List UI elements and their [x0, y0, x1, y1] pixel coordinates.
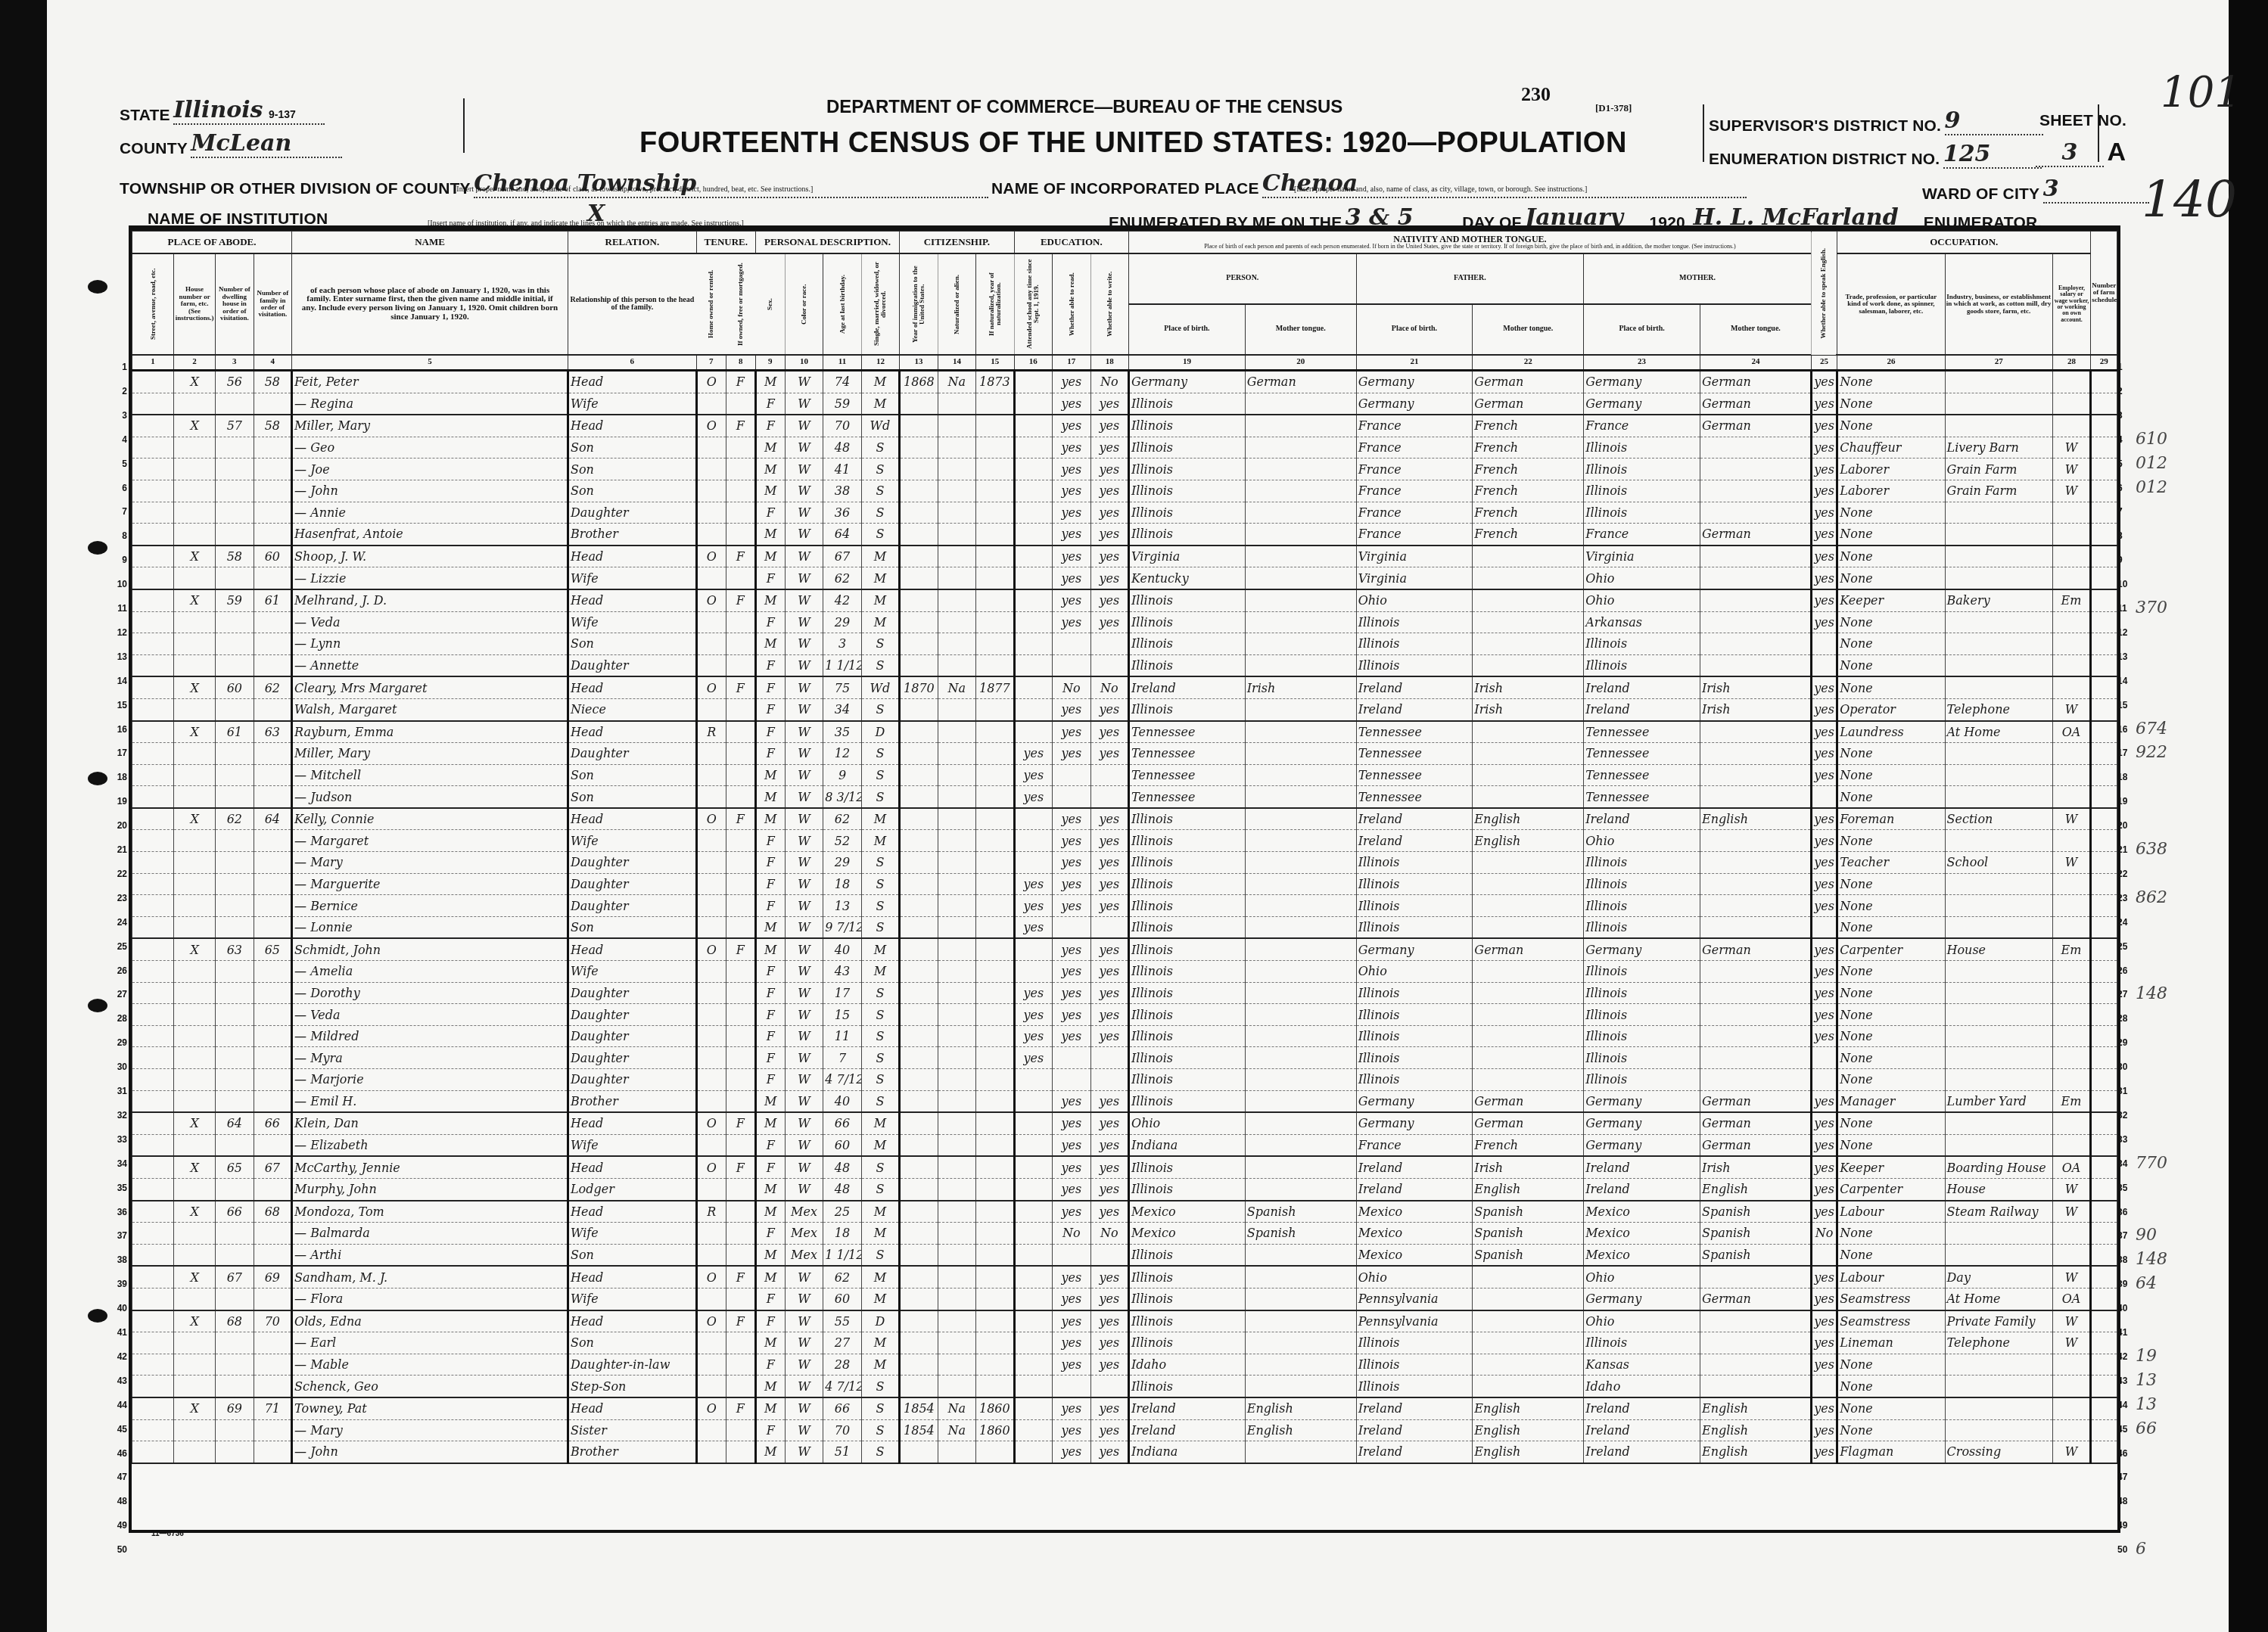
cell-own: O [696, 589, 726, 611]
cell-imm [900, 1332, 938, 1354]
table-row: X5860Shoop, J. W.HeadOFMW67MyesyesVirgin… [132, 546, 2117, 567]
cell-f-tongue [1473, 1069, 1584, 1091]
cell-pob: Illinois [1129, 393, 1246, 415]
cell-trade: None [1837, 1419, 1945, 1441]
cell-farm [2091, 1419, 2117, 1441]
cell-m-tongue [1700, 437, 1811, 459]
cell-nat [938, 808, 975, 830]
cell-m-pob: Illinois [1584, 895, 1700, 917]
line-number-right: 43 [2117, 1376, 2127, 1386]
cell-age: 35 [823, 721, 861, 743]
incorporated-place-value: Chenoa [1262, 170, 1747, 198]
cell-sex: M [755, 459, 785, 480]
cell-class [2052, 743, 2091, 765]
cell-name: Sandham, M. J. [292, 1266, 568, 1288]
cell-trade: Labour [1837, 1266, 1945, 1288]
cell-tongue [1245, 852, 1356, 874]
cell-english: yes [1811, 961, 1837, 983]
cell-marital: M [861, 830, 899, 852]
cell-farm [2091, 567, 2117, 589]
cell-nat [938, 961, 975, 983]
cell-industry [1945, 1069, 2052, 1091]
cell-relation: Son [568, 1332, 696, 1354]
cell-read: yes [1053, 1441, 1090, 1463]
cell-industry [1945, 873, 2052, 895]
cell-tongue [1245, 654, 1356, 676]
cell-natyr [976, 982, 1015, 1004]
cell-m-tongue: English [1700, 1441, 1811, 1463]
occupation-code: 90 [2136, 1226, 2157, 1245]
cell-m-tongue: German [1700, 1288, 1811, 1310]
cell-free [726, 393, 755, 415]
incorporated-place-field: NAME OF INCORPORATED PLACE Chenoa [991, 170, 1747, 198]
cell-street [132, 1288, 174, 1310]
cell-sex: F [755, 895, 785, 917]
cell-sex: F [755, 721, 785, 743]
table-row: X6062Cleary, Mrs MargaretHeadOFFW75Wd187… [132, 676, 2117, 698]
cell-race: W [785, 852, 823, 874]
cell-f-tongue: English [1473, 808, 1584, 830]
cell-m-tongue: Irish [1700, 698, 1811, 720]
cell-farm [2091, 1090, 2117, 1112]
cell-write: yes [1090, 698, 1128, 720]
cell-nat: Na [938, 1419, 975, 1441]
cell-read: yes [1053, 1397, 1090, 1419]
cell-m-tongue [1700, 480, 1811, 502]
cell-industry [1945, 1397, 2052, 1419]
cell-own [696, 1441, 726, 1463]
cell-trade: Carpenter [1837, 1178, 1945, 1200]
cell-pob: Illinois [1129, 852, 1246, 874]
line-number-right: 8 [2117, 530, 2123, 541]
cell-marital: M [861, 546, 899, 567]
cell-industry: Livery Barn [1945, 437, 2052, 459]
cell-nat [938, 895, 975, 917]
cell-own [696, 654, 726, 676]
cell-natyr [976, 1332, 1015, 1354]
cell-house: X [174, 676, 216, 698]
cell-street [132, 676, 174, 698]
cell-m-tongue: English [1700, 808, 1811, 830]
cell-race: W [785, 1288, 823, 1310]
cell-farm [2091, 1441, 2117, 1463]
occupation-code: 012 [2136, 454, 2167, 473]
cell-imm [900, 437, 938, 459]
cell-street [132, 764, 174, 786]
cell-f-tongue [1473, 1047, 1584, 1069]
cell-family [254, 1069, 292, 1091]
cell-school [1014, 393, 1052, 415]
cell-f-tongue: German [1473, 938, 1584, 960]
cell-m-tongue [1700, 1047, 1811, 1069]
cell-race: W [785, 743, 823, 765]
cell-age: 41 [823, 459, 861, 480]
cell-free [726, 524, 755, 546]
cell-own [696, 1244, 726, 1266]
line-number-left: 3 [112, 410, 127, 421]
cell-natyr [976, 743, 1015, 765]
cell-f-pob: Illinois [1356, 1354, 1473, 1376]
cell-m-tongue: Irish [1700, 1156, 1811, 1178]
cell-m-tongue [1700, 611, 1811, 633]
cell-read: No [1053, 1223, 1090, 1245]
column-number: 25 [1811, 355, 1837, 371]
cell-dwelling [216, 873, 254, 895]
cell-natyr [976, 480, 1015, 502]
cell-street [132, 524, 174, 546]
cell-f-pob: Mexico [1356, 1244, 1473, 1266]
cell-sex: F [755, 1288, 785, 1310]
cell-f-tongue: English [1473, 830, 1584, 852]
cell-industry: Private Family [1945, 1310, 2052, 1332]
cell-house: X [174, 1156, 216, 1178]
cell-school [1014, 502, 1052, 524]
cell-read: yes [1053, 1288, 1090, 1310]
cell-nat [938, 830, 975, 852]
cell-family: 69 [254, 1266, 292, 1288]
cell-write: yes [1090, 873, 1128, 895]
cell-school [1014, 1441, 1052, 1463]
cell-pob: Illinois [1129, 1069, 1246, 1091]
enumeration-district-value: 125 [1943, 141, 2042, 169]
cell-read: yes [1053, 1310, 1090, 1332]
cell-class [2052, 633, 2091, 655]
cell-trade: Lineman [1837, 1332, 1945, 1354]
cell-class: W [2052, 480, 2091, 502]
cell-trade: Carpenter [1837, 938, 1945, 960]
cell-natyr [976, 698, 1015, 720]
cell-house: X [174, 415, 216, 437]
cell-f-tongue [1473, 743, 1584, 765]
line-number-right: 44 [2117, 1400, 2127, 1410]
cell-name: — Mable [292, 1354, 568, 1376]
cell-f-tongue [1473, 1004, 1584, 1026]
cell-age: 28 [823, 1354, 861, 1376]
cell-f-pob: Illinois [1356, 982, 1473, 1004]
cell-nat [938, 1288, 975, 1310]
cell-natyr [976, 873, 1015, 895]
cell-english: yes [1811, 1266, 1837, 1288]
cell-street [132, 1441, 174, 1463]
cell-street [132, 830, 174, 852]
cell-free [726, 437, 755, 459]
cell-sex: F [755, 1134, 785, 1156]
col-26-header: Trade, profession, or particular kind of… [1837, 253, 1945, 355]
cell-marital: M [861, 1223, 899, 1245]
cell-race: W [785, 502, 823, 524]
line-number-left: 35 [112, 1183, 127, 1193]
cell-nat [938, 437, 975, 459]
table-row: — BalmardaWifeFMex18MNoNoMexicoSpanishMe… [132, 1223, 2117, 1245]
group-education: EDUCATION. [1014, 232, 1128, 254]
table-row: — MitchellSonMW9SyesTennesseeTennesseeTe… [132, 764, 2117, 786]
cell-write: yes [1090, 480, 1128, 502]
cell-family [254, 1244, 292, 1266]
cell-f-tongue: German [1473, 1112, 1584, 1134]
cell-farm [2091, 415, 2117, 437]
line-number-right: 25 [2117, 941, 2127, 952]
cell-marital: S [861, 480, 899, 502]
cell-english: yes [1811, 480, 1837, 502]
cell-trade: None [1837, 393, 1945, 415]
cell-trade: None [1837, 502, 1945, 524]
cell-dwelling: 65 [216, 1156, 254, 1178]
cell-m-tongue [1700, 633, 1811, 655]
cell-free [726, 764, 755, 786]
cell-pob: Indiana [1129, 1441, 1246, 1463]
cell-school [1014, 1397, 1052, 1419]
cell-sex: F [755, 961, 785, 983]
cell-industry [1945, 895, 2052, 917]
cell-tongue [1245, 1354, 1356, 1376]
cell-relation: Daughter [568, 1025, 696, 1047]
cell-industry: Steam Railway [1945, 1201, 2052, 1223]
cell-f-tongue: English [1473, 1178, 1584, 1200]
cell-m-pob: Ohio [1584, 1266, 1700, 1288]
cell-dwelling [216, 743, 254, 765]
cell-street [132, 1201, 174, 1223]
line-number-right: 26 [2117, 965, 2127, 976]
cell-m-pob: Illinois [1584, 437, 1700, 459]
cell-tongue [1245, 1288, 1356, 1310]
cell-relation: Head [568, 721, 696, 743]
cell-write: yes [1090, 1090, 1128, 1112]
cell-house [174, 502, 216, 524]
cell-f-pob: Illinois [1356, 895, 1473, 917]
cell-house: X [174, 546, 216, 567]
cell-street [132, 459, 174, 480]
cell-pob: Illinois [1129, 938, 1246, 960]
cell-trade: None [1837, 1025, 1945, 1047]
cell-imm [900, 1134, 938, 1156]
cell-nat [938, 1025, 975, 1047]
cell-m-pob: Ireland [1584, 1419, 1700, 1441]
cell-nat [938, 1112, 975, 1134]
line-number-left: 16 [112, 724, 127, 735]
cell-sex: M [755, 786, 785, 808]
cell-free [726, 1004, 755, 1026]
cell-dwelling [216, 502, 254, 524]
cell-english: yes [1811, 1332, 1837, 1354]
ward-value: 3 [2043, 176, 2149, 204]
cell-own [696, 1178, 726, 1200]
col-16-header: Attended school any time since Sept. 1, … [1014, 253, 1052, 355]
cell-class [2052, 1419, 2091, 1441]
group-relation: RELATION. [568, 232, 696, 254]
cell-write: yes [1090, 1288, 1128, 1310]
cell-family: 66 [254, 1112, 292, 1134]
cell-farm [2091, 916, 2117, 938]
cell-m-pob: Ireland [1584, 1156, 1700, 1178]
cell-f-pob: Illinois [1356, 654, 1473, 676]
col-24-header: Mother tongue. [1700, 304, 1811, 355]
cell-name: Schenck, Geo [292, 1376, 568, 1397]
cell-class [2052, 1354, 2091, 1376]
cell-industry [1945, 611, 2052, 633]
cell-tongue [1245, 546, 1356, 567]
cell-class [2052, 982, 2091, 1004]
table-row: X6769Sandham, M. J.HeadOFMW62MyesyesIlli… [132, 1266, 2117, 1288]
cell-tongue [1245, 1332, 1356, 1354]
cell-imm [900, 1090, 938, 1112]
line-number-left: 15 [112, 700, 127, 710]
cell-own [696, 393, 726, 415]
cell-class: OA [2052, 1288, 2091, 1310]
cell-own: O [696, 938, 726, 960]
cell-tongue [1245, 1090, 1356, 1112]
cell-m-pob: Illinois [1584, 1069, 1700, 1091]
cell-pob: Illinois [1129, 1310, 1246, 1332]
cell-f-tongue [1473, 961, 1584, 983]
table-row: — ArthiSonMMex1 1/12SIllinoisMexicoSpani… [132, 1244, 2117, 1266]
cell-dwelling [216, 1134, 254, 1156]
cell-tongue [1245, 1069, 1356, 1091]
cell-tongue [1245, 1441, 1356, 1463]
table-row: X5658Feit, PeterHeadOFMW74M1868Na1873yes… [132, 371, 2117, 393]
cell-tongue [1245, 1156, 1356, 1178]
cell-m-tongue [1700, 567, 1811, 589]
cell-marital: S [861, 633, 899, 655]
cell-farm [2091, 1223, 2117, 1245]
cell-dwelling: 69 [216, 1397, 254, 1419]
cell-age: 51 [823, 1441, 861, 1463]
punch-hole [88, 1309, 107, 1323]
cell-f-pob: France [1356, 415, 1473, 437]
cell-f-pob: Ohio [1356, 1266, 1473, 1288]
cell-natyr [976, 1090, 1015, 1112]
group-name: NAME [292, 232, 568, 254]
cell-free [726, 982, 755, 1004]
cell-natyr [976, 1178, 1015, 1200]
cell-imm [900, 938, 938, 960]
cell-class: W [2052, 852, 2091, 874]
cell-class [2052, 415, 2091, 437]
cell-industry [1945, 786, 2052, 808]
cell-f-pob: Germany [1356, 1112, 1473, 1134]
cell-race: W [785, 1310, 823, 1332]
cell-natyr [976, 415, 1015, 437]
cell-family [254, 1354, 292, 1376]
cell-tongue [1245, 743, 1356, 765]
cell-relation: Son [568, 786, 696, 808]
cell-marital: M [861, 1354, 899, 1376]
cell-tongue [1245, 830, 1356, 852]
cell-family [254, 459, 292, 480]
cell-write: yes [1090, 459, 1128, 480]
cell-write: yes [1090, 524, 1128, 546]
line-number-right: 12 [2117, 627, 2127, 638]
col-8-header: If owned, free or mortgaged. [726, 253, 755, 355]
cell-farm [2091, 808, 2117, 830]
cell-age: 8 3/12 [823, 786, 861, 808]
cell-name: — Annie [292, 502, 568, 524]
cell-natyr [976, 1288, 1015, 1310]
cell-relation: Head [568, 1266, 696, 1288]
cell-f-pob: Tennessee [1356, 721, 1473, 743]
cell-name: Towney, Pat [292, 1397, 568, 1419]
cell-read: yes [1053, 1156, 1090, 1178]
column-number: 24 [1700, 355, 1811, 371]
cell-free: F [726, 1266, 755, 1288]
table-row: — MarjorieDaughterFW4 7/12SIllinoisIllin… [132, 1069, 2117, 1091]
cell-street [132, 808, 174, 830]
cell-industry [1945, 743, 2052, 765]
cell-f-pob: Virginia [1356, 567, 1473, 589]
cell-house: X [174, 1201, 216, 1223]
cell-f-tongue: French [1473, 502, 1584, 524]
cell-trade: Operator [1837, 698, 1945, 720]
cell-trade: Teacher [1837, 852, 1945, 874]
cell-class [2052, 1223, 2091, 1245]
cell-house [174, 1069, 216, 1091]
cell-english: yes [1811, 982, 1837, 1004]
cell-sex: F [755, 698, 785, 720]
line-number-left: 40 [112, 1303, 127, 1313]
table-row: X6466Klein, DanHeadOFMW66MyesyesOhioGerm… [132, 1112, 2117, 1134]
cell-f-tongue: French [1473, 437, 1584, 459]
cell-write [1090, 916, 1128, 938]
cell-industry [1945, 567, 2052, 589]
department-title: DEPARTMENT OF COMMERCE—BUREAU OF THE CEN… [826, 97, 1342, 118]
cell-industry: Boarding House [1945, 1156, 2052, 1178]
cell-class [2052, 916, 2091, 938]
cell-family [254, 764, 292, 786]
cell-industry: Day [1945, 1266, 2052, 1288]
cell-trade: None [1837, 1112, 1945, 1134]
table-row: X6870Olds, EdnaHeadOFFW55DyesyesIllinois… [132, 1310, 2117, 1332]
cell-pob: Illinois [1129, 1178, 1246, 1200]
line-number-left: 11 [112, 603, 127, 614]
cell-nat [938, 1310, 975, 1332]
cell-school [1014, 852, 1052, 874]
cell-free [726, 1419, 755, 1441]
cell-relation: Son [568, 764, 696, 786]
occupation-code: 862 [2136, 888, 2167, 907]
cell-own [696, 567, 726, 589]
cell-farm [2091, 961, 2117, 983]
cell-house [174, 1376, 216, 1397]
cell-school [1014, 1376, 1052, 1397]
cell-imm [900, 916, 938, 938]
cell-trade: Foreman [1837, 808, 1945, 830]
cell-school [1014, 1354, 1052, 1376]
cell-nat [938, 524, 975, 546]
cell-street [132, 698, 174, 720]
form-number: 9-137 [269, 108, 296, 120]
cell-nat: Na [938, 1397, 975, 1419]
cell-m-pob: Germany [1584, 393, 1700, 415]
cell-name: — Joe [292, 459, 568, 480]
cell-write: yes [1090, 830, 1128, 852]
cell-trade: Seamstress [1837, 1288, 1945, 1310]
cell-name: Kelly, Connie [292, 808, 568, 830]
cell-class: W [2052, 1332, 2091, 1354]
cell-own [696, 1332, 726, 1354]
cell-marital: Wd [861, 676, 899, 698]
column-number: 29 [2091, 355, 2117, 371]
group-citizenship: CITIZENSHIP. [900, 232, 1014, 254]
cell-street [132, 916, 174, 938]
cell-write [1090, 764, 1128, 786]
cell-own: O [696, 676, 726, 698]
cell-marital: M [861, 1288, 899, 1310]
cell-race: W [785, 1397, 823, 1419]
line-number-right: 36 [2117, 1207, 2127, 1217]
cell-f-pob: Ohio [1356, 961, 1473, 983]
cell-school [1014, 546, 1052, 567]
cell-farm [2091, 633, 2117, 655]
cell-class [2052, 1112, 2091, 1134]
